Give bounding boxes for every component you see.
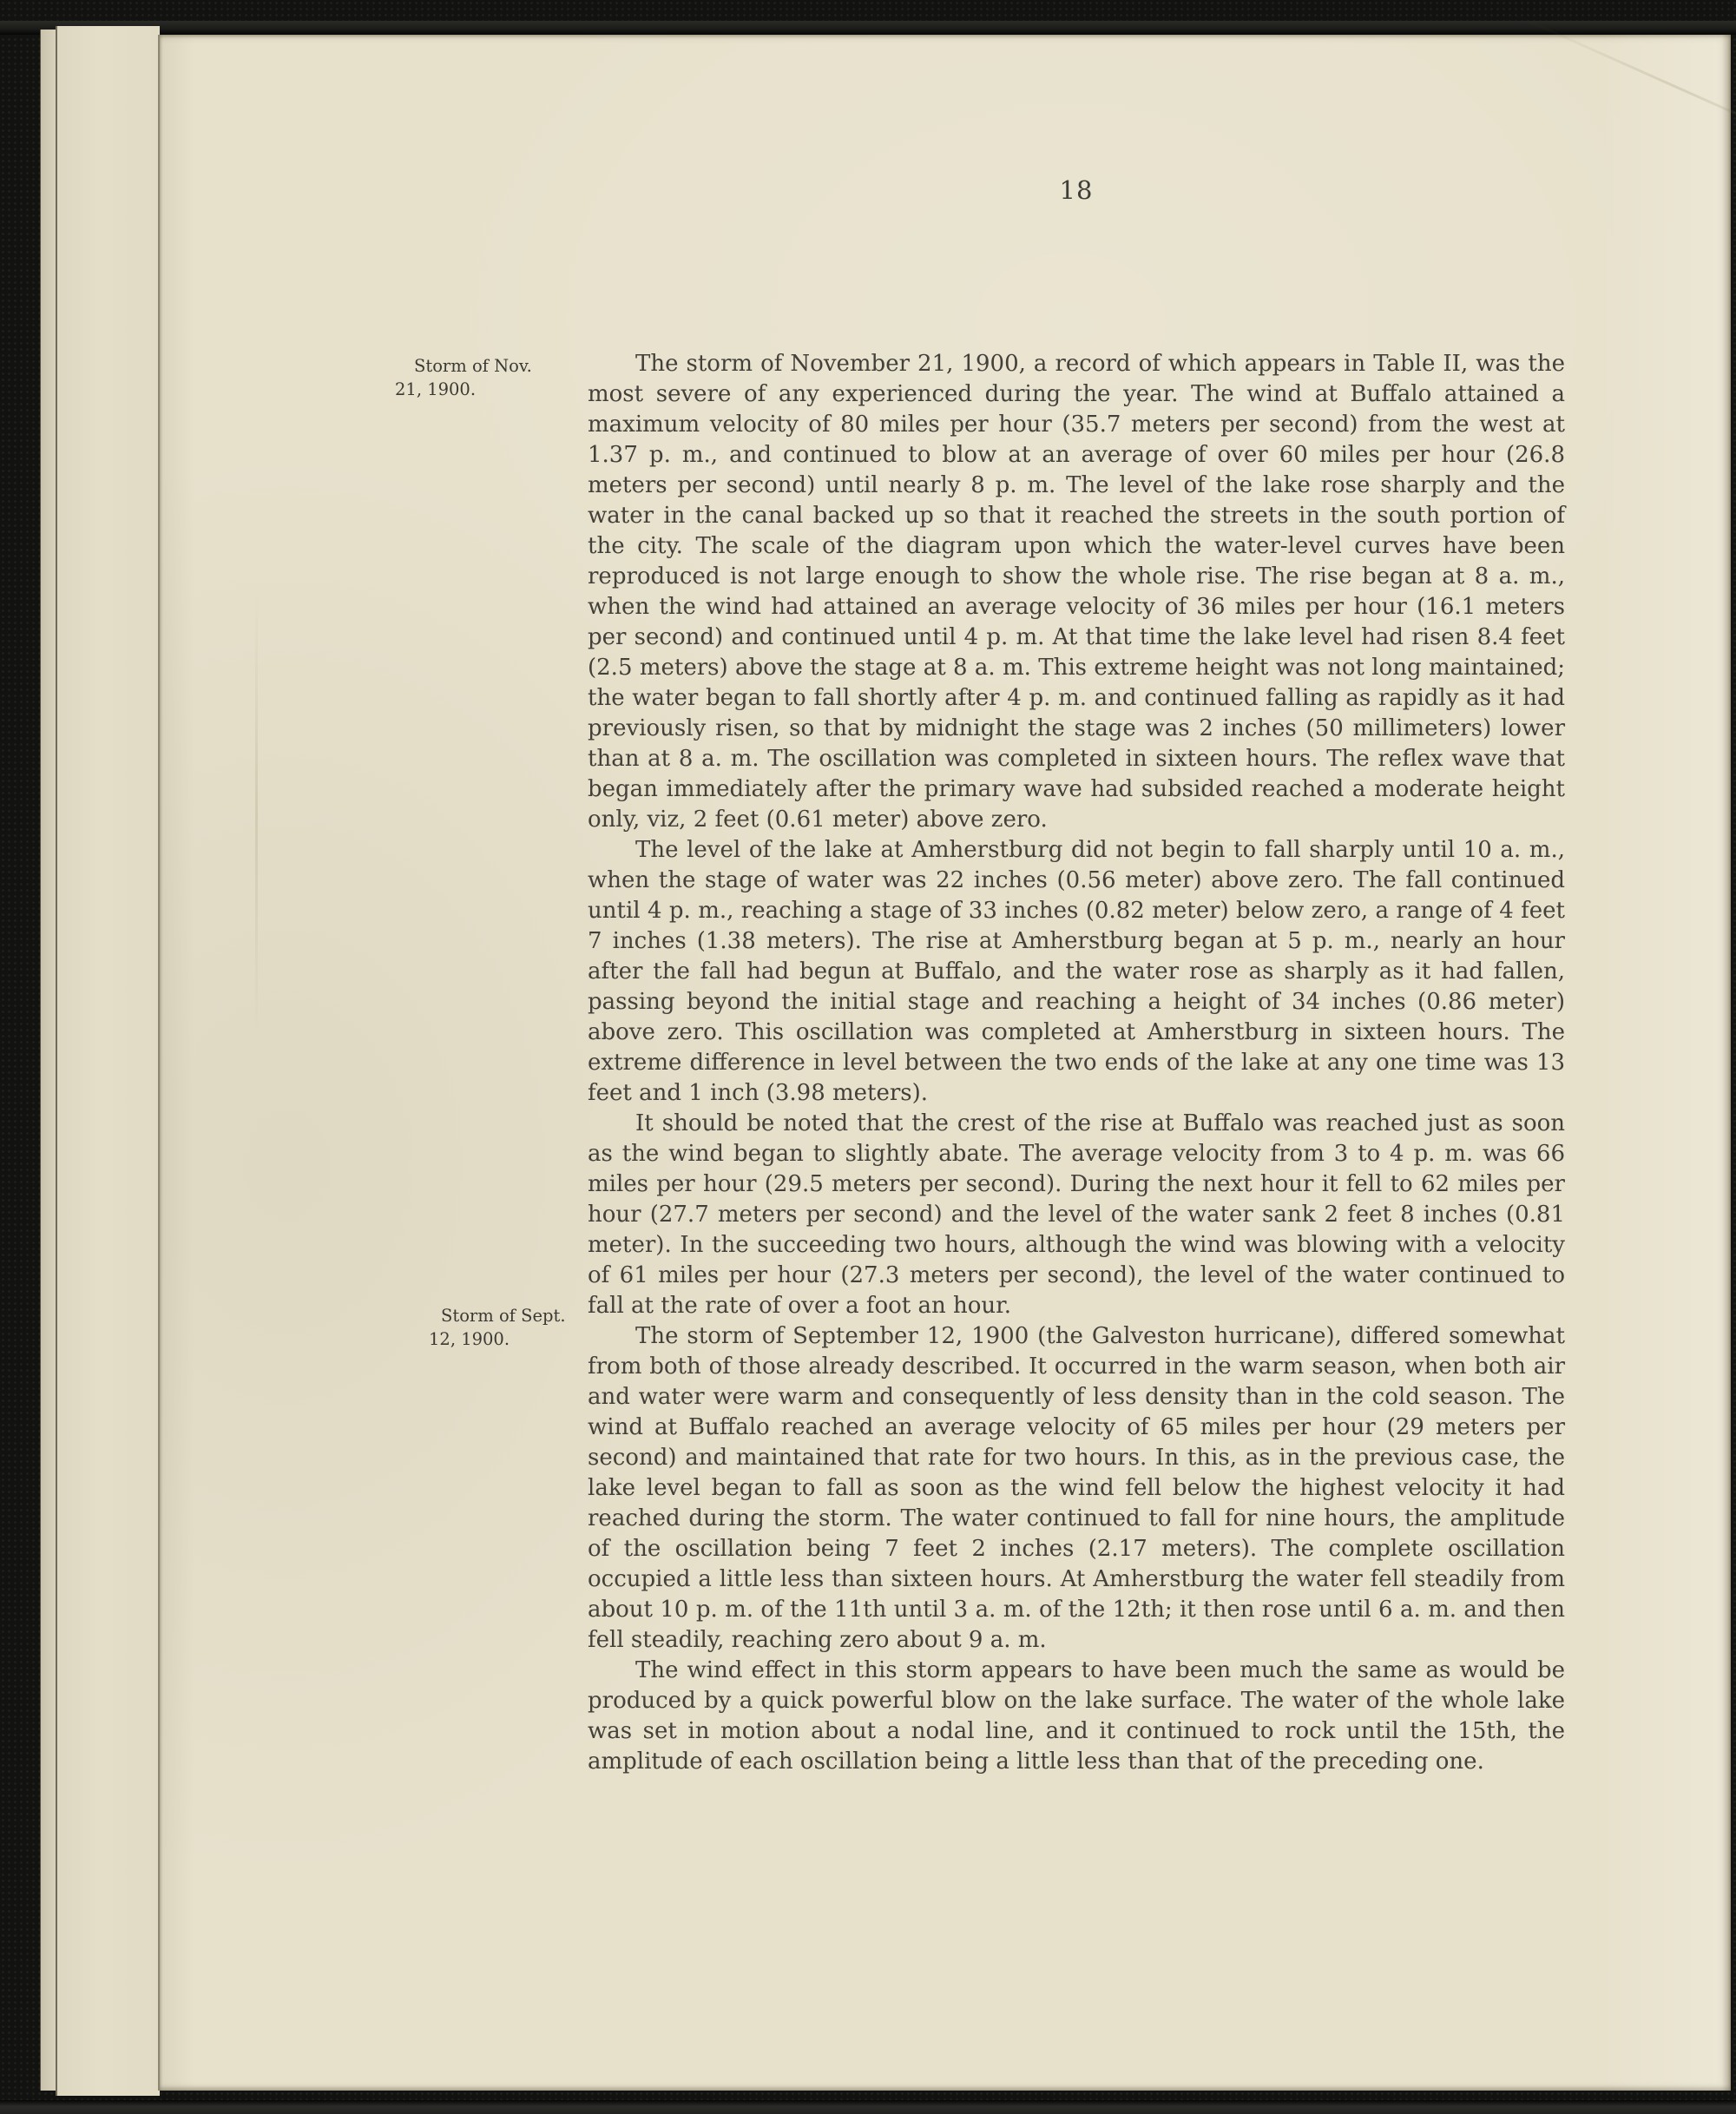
book-photo: 18 Storm of Nov. 21, 1900. Storm of Sept… bbox=[0, 0, 1736, 2114]
margin-note-storm-sept-12: Storm of Sept. 12, 1900. bbox=[429, 1304, 595, 1351]
paper-crease bbox=[255, 590, 258, 1042]
margin-note-storm-nov-21: Storm of Nov. 21, 1900. bbox=[395, 354, 562, 401]
paragraph-crest-of-rise: It should be noted that the crest of the… bbox=[588, 1109, 1565, 1321]
page-stack-edge-inner bbox=[56, 26, 160, 2096]
book-cover-bottom-edge bbox=[0, 2100, 1736, 2114]
paper-crease bbox=[1512, 13, 1736, 164]
page-number: 18 bbox=[588, 175, 1565, 205]
page-stack-edge-outer bbox=[40, 30, 56, 2091]
paragraph-amherstburg-level: The level of the lake at Amherstburg did… bbox=[588, 835, 1565, 1109]
book-cover-top-seam bbox=[0, 21, 1736, 35]
body-text: The storm of November 21, 1900, a record… bbox=[588, 349, 1565, 1777]
paragraph-storm-nov-21: The storm of November 21, 1900, a record… bbox=[588, 349, 1565, 835]
paragraph-storm-sept-12: The storm of September 12, 1900 (the Gal… bbox=[588, 1321, 1565, 1656]
document-page: 18 Storm of Nov. 21, 1900. Storm of Sept… bbox=[158, 35, 1731, 2091]
paragraph-wind-effect: The wind effect in this storm appears to… bbox=[588, 1656, 1565, 1777]
